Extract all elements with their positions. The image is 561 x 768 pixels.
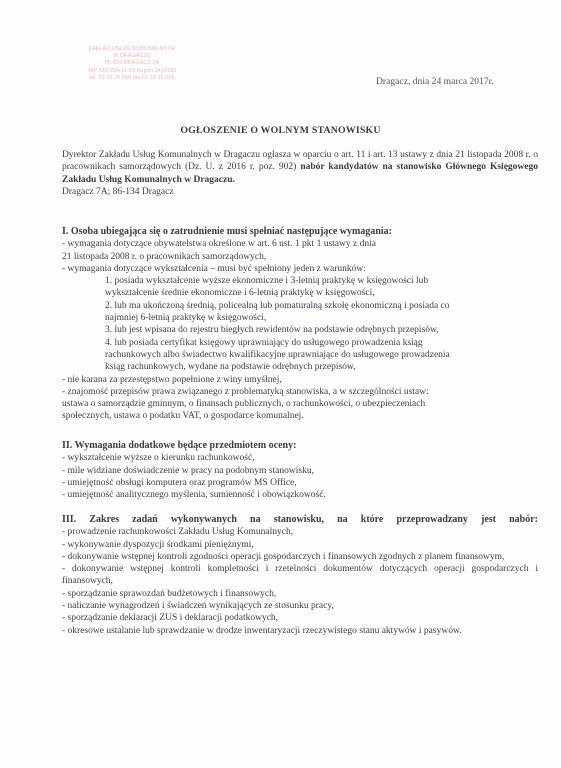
education-condition: wykształcenie średnie ekonomiczne i 6-le…: [62, 287, 538, 299]
duty-item: - dokonywanie wstępnej kontroli kompletn…: [62, 563, 538, 588]
document-title: OGŁOSZENIE O WOLNYM STANOWISKU: [0, 125, 561, 136]
section-heading: I. Osoba ubiegająca się o zatrudnienie m…: [62, 226, 538, 238]
section-duties: III. Zakres zadań wykonywanych na stanow…: [62, 514, 538, 637]
requirement-item: ustawa o samorządzie gminnym, o finansac…: [62, 398, 538, 410]
stamp-line: W DRAGACZU: [88, 53, 176, 60]
institution-stamp: ZAKŁAD USŁUG KOMUNALNYCH W DRAGACZU 86-1…: [88, 46, 176, 82]
document-date: Dragacz, dnia 24 marca 2017r.: [376, 76, 494, 87]
duty-item: - sporządzanie deklaracji ZUS i deklarac…: [62, 612, 538, 624]
education-condition: 2. lub ma ukończoną średnią, policealną …: [62, 300, 538, 312]
requirement-item: - wymagania dotyczące obywatelstwa okreś…: [62, 238, 538, 250]
requirement-item: 21 listopada 2008 r. o pracownikach samo…: [62, 251, 538, 263]
additional-item: - mile widziane doświadczenie w pracy na…: [62, 465, 538, 477]
stamp-line: NIP 559-204-11-83 Regon 341818324: [88, 68, 176, 75]
section-additional-requirements: II. Wymagania dodatkowe będące przedmiot…: [62, 440, 538, 501]
additional-item: - umiejętność analitycznego myślenia, su…: [62, 489, 538, 501]
requirement-item: - wymagania dotyczące wykształcenia – mu…: [62, 263, 538, 275]
duty-item: - sporządzanie sprawozdań budżetowych i …: [62, 588, 538, 600]
duty-item: - okresowe ustalanie lub sprawdzanie w d…: [62, 625, 538, 637]
requirement-item: - znajomość przepisów prawa związanego z…: [62, 386, 538, 398]
requirement-item: społecznych, ustawa o podatku VAT, o gos…: [62, 410, 538, 422]
duty-item: - dokonywanie wstępnej kontroli zgodnośc…: [62, 551, 538, 563]
intro-paragraph: Dyrektor Zakładu Usług Komunalnych w Dra…: [62, 149, 538, 198]
education-condition: 3. lub jest wpisana do rejestru biegłych…: [62, 324, 538, 336]
education-condition: najmniej 6-letnią praktykę w księgowości…: [62, 312, 538, 324]
document-page: ZAKŁAD USŁUG KOMUNALNYCH W DRAGACZU 86-1…: [0, 0, 561, 768]
education-condition: rachunkowych albo świadectwo kwalifikacy…: [62, 349, 538, 361]
duty-item: - naliczanie wynagrodzeń i świadczeń wyn…: [62, 600, 538, 612]
intro-address: Dragacz 7A; 86-134 Dragacz: [62, 187, 174, 197]
stamp-line: tel. 52 33 25 056 fax 52 33 25 056: [88, 75, 176, 82]
stamp-line: 86-134 DRAGACZ 7A: [88, 60, 176, 67]
section-heading: II. Wymagania dodatkowe będące przedmiot…: [62, 440, 538, 452]
education-condition: 4. lub posiada certyfikat księgowy upraw…: [62, 337, 538, 349]
section-heading: III. Zakres zadań wykonywanych na stanow…: [62, 514, 538, 526]
requirement-item: - nie karana za przestępstwo popełnione …: [62, 374, 538, 386]
additional-item: - wykształcenie wyższe o kierunku rachun…: [62, 452, 538, 464]
section-requirements: I. Osoba ubiegająca się o zatrudnienie m…: [62, 226, 538, 423]
duty-item: - wykonywanie dyspozycji środkami pienię…: [62, 539, 538, 551]
education-condition: ksiąg rachunkowych, wydane na podstawie …: [62, 361, 538, 373]
education-condition: 1. posiada wykształcenie wyższe ekonomic…: [62, 275, 538, 287]
stamp-line: ZAKŁAD USŁUG KOMUNALNYCH: [88, 46, 176, 53]
additional-item: - umiejętność obsługi komputera oraz pro…: [62, 477, 538, 489]
duty-item: - prowadzenie rachunkowości Zakładu Usłu…: [62, 526, 538, 538]
